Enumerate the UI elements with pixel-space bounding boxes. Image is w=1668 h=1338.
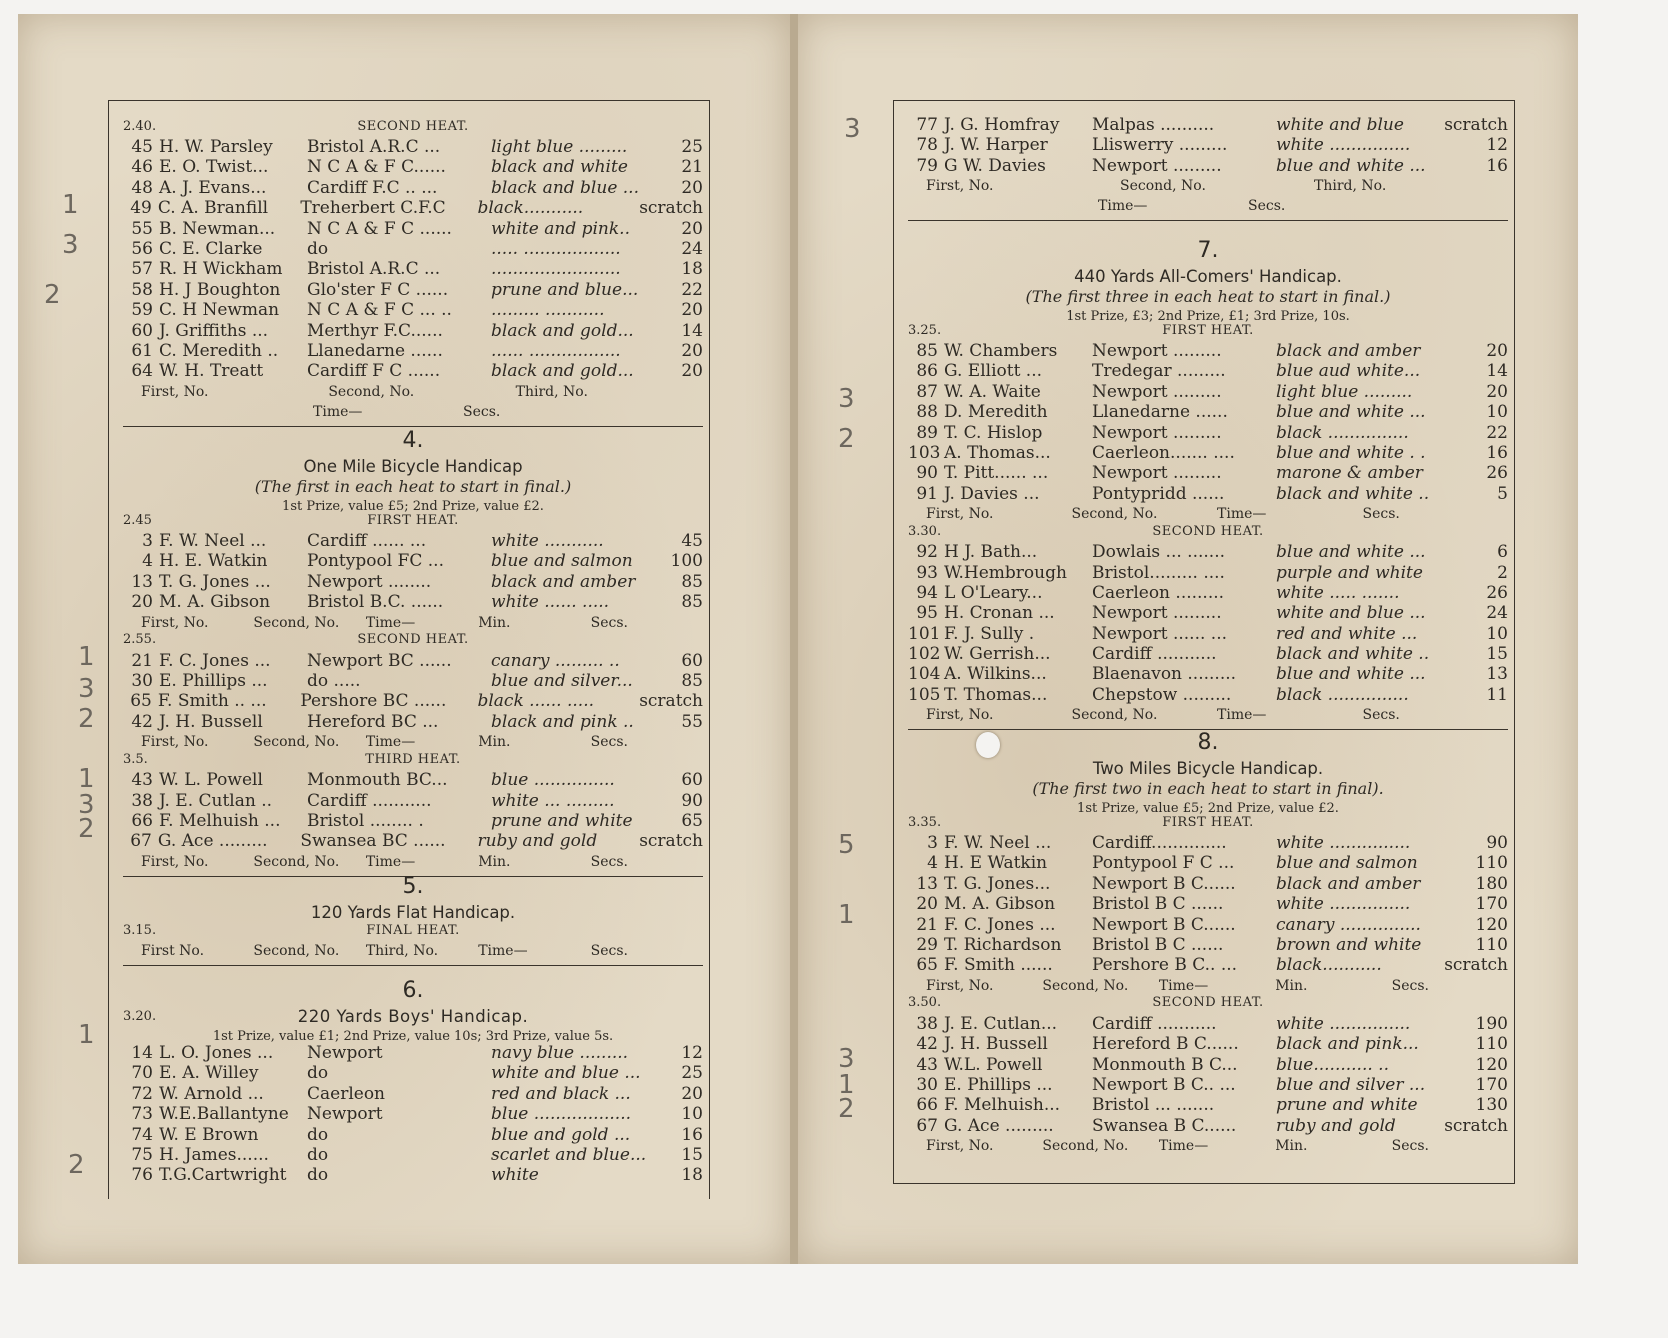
heat-header: 3.30. SECOND HEAT. [908,524,1508,542]
heat-header: 3.50. SECOND HEAT. [908,996,1508,1014]
entry-name: C. A. Branfill [158,198,300,218]
footer-label: Min. [478,852,590,872]
entry-handicap: 90 [1444,833,1508,853]
entry-number: 94 [908,583,944,603]
entry-number: 67 [123,831,158,851]
entry-row: 43 W.L. Powell Monmouth B C... blue.....… [908,1055,1508,1075]
entry-club: Hereford BC ... [307,712,491,732]
entry-name: T. Pitt...... ... [944,463,1092,483]
entry-name: G. Ace ......... [944,1116,1092,1136]
entry-number: 102 [908,644,944,664]
entry-handicap: scratch [639,198,703,218]
entry-club: Bristol......... .... [1092,563,1276,583]
entry-name: C. H Newman [159,300,307,320]
entry-handicap: 20 [659,361,703,381]
footer-label: Time— [1159,1136,1275,1156]
entry-number: 38 [908,1014,944,1034]
entry-club: Pontypool F C ... [1092,853,1276,873]
divider [908,220,1508,221]
heat-title: FIRST HEAT. [968,813,1508,833]
entry-handicap: 110 [1444,1034,1508,1054]
footer-label: Time— [1217,705,1363,725]
entry-row: 89 T. C. Hislop Newport ......... black … [908,423,1508,443]
entry-name: W.L. Powell [944,1055,1092,1075]
entry-club: Newport ......... [1092,156,1276,176]
entry-club: Cardiff ........... [1092,1014,1276,1034]
result-footer: First No.Second, No.Third, No.Time—Secs. [123,941,703,961]
entry-club: Llanedarne ...... [1092,402,1276,422]
heat: 3.5. THIRD HEAT. 43 W. L. Powell Monmout… [123,752,703,872]
entry-row: 93 W.Hembrough Bristol......... .... pur… [908,563,1508,583]
heat-title: SECOND HEAT. [183,117,703,137]
entry-colours: black and amber [1276,341,1444,361]
entry-handicap: 90 [659,791,703,811]
heat-time: 3.15. [123,921,183,941]
footer-label: Third, No. [366,941,478,961]
entry-number: 21 [123,651,159,671]
heat-title: FIRST HEAT. [183,511,703,531]
entry-colours: red and white ... [1276,624,1444,644]
entry-colours: blue aud white... [1276,361,1444,381]
entry-colours: light blue ......... [1276,382,1444,402]
heat-title: THIRD HEAT. [183,750,703,770]
entry-club: Llanedarne ...... [307,341,491,361]
heat-header: 3.15. FINAL HEAT. [123,923,703,941]
entry-name: T.G.Cartwright [159,1165,307,1185]
entry-club: Blaenavon ......... [1092,664,1276,684]
entry-number: 72 [123,1084,159,1104]
entry-handicap: 20 [659,1084,703,1104]
entry-handicap: scratch [1444,115,1508,135]
heats: 3.25. FIRST HEAT. 85 W. Chambers Newport… [908,323,1508,725]
entry-number: 77 [908,115,944,135]
entry-handicap: 20 [659,300,703,320]
entry-handicap: 20 [659,178,703,198]
event-prizes: 1st Prize, value £1; 2nd Prize, value 10… [123,1027,703,1043]
entry-row: 94 L O'Leary... Caerleon ......... white… [908,583,1508,603]
entry-row: 74 W. E Brown do blue and gold ... 16 [123,1125,703,1145]
race6-continued: 77 J. G. Homfray Malpas .......... white… [908,115,1508,225]
entry-club: Cardiff F.C .. ... [307,178,491,198]
entry-handicap: 11 [1444,685,1508,705]
heat: 3.50. SECOND HEAT. 38 J. E. Cutlan... Ca… [908,996,1508,1156]
entry-row: 59 C. H Newman N C A & F C ... .. ......… [123,300,703,320]
entry-row: 43 W. L. Powell Monmouth BC... blue ....… [123,770,703,790]
entry-row: 72 W. Arnold ... Caerleon red and black … [123,1084,703,1104]
entry-colours: black and amber [1276,874,1444,894]
race5: 5. 120 Yards Flat Handicap. 3.15. FINAL … [123,877,703,970]
entry-name: W.E.Ballantyne [159,1104,307,1124]
footer-third: Third, No. [516,382,703,402]
footer-time: Time— [1098,196,1248,216]
entry-name: C. Meredith .. [159,341,307,361]
event-note: (The first three in each heat to start i… [908,287,1508,307]
entry-row: 66 F. Melhuish... Bristol ... ....... pr… [908,1095,1508,1115]
entry-number: 43 [123,770,159,790]
event-title: 440 Yards All-Comers' Handicap. [908,267,1508,287]
entry-handicap: 16 [1444,156,1508,176]
entry-name: H. Cronan ... [944,603,1092,623]
entry-number: 104 [908,664,944,684]
heat-time: 2.55. [123,630,183,650]
entry-row: 13 T. G. Jones ... Newport ........ blac… [123,572,703,592]
entry-colours: black and pink .. [491,712,659,732]
entry-colours: black and gold... [491,321,659,341]
entry-list: 45 H. W. Parsley Bristol A.R.C ... light… [123,137,703,382]
entry-handicap: 21 [659,157,703,177]
entry-number: 42 [908,1034,944,1054]
entry-list: 14 L. O. Jones ... Newport navy blue ...… [123,1043,703,1186]
heat: 2.55. SECOND HEAT. 21 F. C. Jones ... Ne… [123,633,703,753]
entry-club: Cardiff ........... [1092,644,1276,664]
entry-name: F. J. Sully . [944,624,1092,644]
pencil-mark: 2 [838,424,855,454]
entry-name: A. Wilkins... [944,664,1092,684]
entry-club: Newport ......... [1092,463,1276,483]
entry-row: 105 T. Thomas... Chepstow ......... blac… [908,685,1508,705]
entry-number: 14 [123,1043,159,1063]
pencil-mark: 2 [78,704,95,734]
result-footer: First, No.Second, No.Time—Min.Secs. [908,1136,1508,1156]
entry-name: J. H. Bussell [159,712,307,732]
race8: 8. Two Miles Bicycle Handicap. (The firs… [908,733,1508,1156]
entry-colours: black and blue ... [491,178,659,198]
entry-number: 4 [908,853,944,873]
entry-row: 76 T.G.Cartwright do white 18 [123,1165,703,1185]
entry-club: N C A & F C ...... [307,219,491,239]
footer-label: Secs. [1363,705,1509,725]
entry-club: Pershore BC ...... [300,691,477,711]
entry-handicap: 5 [1444,484,1508,504]
entry-row: 77 J. G. Homfray Malpas .......... white… [908,115,1508,135]
entry-number: 66 [908,1095,944,1115]
heat-title: SECOND HEAT. [968,993,1508,1013]
entry-handicap: 120 [1444,1055,1508,1075]
entry-colours: white ............... [1276,1014,1444,1034]
entry-colours: prune and blue... [491,280,659,300]
entry-colours: canary ......... .. [491,651,659,671]
entry-name: M. A. Gibson [944,894,1092,914]
entry-club: Caerleon [307,1084,491,1104]
entry-colours: black ...... ..... [477,691,639,711]
entry-colours: ........................ [491,259,659,279]
entry-colours: ruby and gold [1276,1116,1444,1136]
entry-handicap: 60 [659,651,703,671]
entry-colours: black and white .. [1276,644,1444,664]
entry-number: 3 [123,531,159,551]
entry-name: J. G. Homfray [944,115,1092,135]
entry-club: Newport B C...... [1092,874,1276,894]
right-page: 77 J. G. Homfray Malpas .......... white… [798,14,1578,1264]
entry-row: 13 T. G. Jones... Newport B C...... blac… [908,874,1508,894]
entry-colours: white and blue ... [1276,603,1444,623]
entry-colours: white ...... ..... [491,592,659,612]
entry-row: 73 W.E.Ballantyne Newport blue .........… [123,1104,703,1124]
programme-spread: 2.40. SECOND HEAT. 45 H. W. Parsley Bris… [18,14,1578,1264]
entry-club: Bristol ... ....... [1092,1095,1276,1115]
race6: 6. 3.20. 220 Yards Boys' Handicap. 1st P… [123,981,703,1186]
entry-handicap: 22 [1444,423,1508,443]
footer-label: Secs. [1392,1136,1508,1156]
entry-number: 38 [123,791,159,811]
left-page: 2.40. SECOND HEAT. 45 H. W. Parsley Bris… [18,14,790,1264]
entry-colours: prune and white [491,811,659,831]
entry-colours: white ............... [1276,894,1444,914]
entry-colours: black and pink... [1276,1034,1444,1054]
entry-colours: black........... [1276,955,1444,975]
entry-colours: black........... [477,198,639,218]
entry-number: 90 [908,463,944,483]
result-footer: First, No.Second, No.Time—Min.Secs. [123,852,703,872]
entry-name: F. Melhuish ... [159,811,307,831]
entry-colours: white ............... [1276,833,1444,853]
entry-handicap: 10 [1444,402,1508,422]
heat: 3.25. FIRST HEAT. 85 W. Chambers Newport… [908,323,1508,524]
entry-number: 45 [123,137,159,157]
event-title: 220 Yards Boys' Handicap. [183,1007,703,1027]
entry-colours: blue .................. [491,1104,659,1124]
entry-row: 88 D. Meredith Llanedarne ...... blue an… [908,402,1508,422]
race4: 4. One Mile Bicycle Handicap (The first … [123,431,703,881]
entry-colours: blue and white ... [1276,402,1444,422]
entry-number: 88 [908,402,944,422]
entry-name: T. C. Hislop [944,423,1092,443]
entry-colours: blue and gold ... [491,1125,659,1145]
entry-list: 77 J. G. Homfray Malpas .......... white… [908,115,1508,176]
entry-name: H. W. Parsley [159,137,307,157]
entry-number: 65 [908,955,944,975]
entry-row: 87 W. A. Waite Newport ......... light b… [908,382,1508,402]
entry-number: 3 [908,833,944,853]
entry-colours: black ............... [1276,685,1444,705]
entry-club: Newport ......... [1092,341,1276,361]
entry-colours: ..... .................. [491,239,659,259]
entry-colours: white [491,1165,659,1185]
entry-handicap: 15 [1444,644,1508,664]
entry-name: E. O. Twist... [159,157,307,177]
entry-club: Treherbert C.F.C [300,198,477,218]
entry-club: Cardiff ...... ... [307,531,491,551]
event-time: 3.20. [123,1007,183,1027]
entry-handicap: 60 [659,770,703,790]
entry-name: F. Smith .. ... [158,691,300,711]
entry-row: 46 E. O. Twist... N C A & F C...... blac… [123,157,703,177]
entry-number: 93 [908,563,944,583]
entry-number: 103 [908,443,944,463]
entry-club: Malpas .......... [1092,115,1276,135]
pencil-mark: 1 [838,900,855,930]
entry-name: T. G. Jones ... [159,572,307,592]
right-page-frame: 77 J. G. Homfray Malpas .......... white… [893,100,1515,1184]
entry-handicap: scratch [1444,955,1508,975]
entry-name: E. Phillips ... [159,671,307,691]
entry-name: E. A. Willey [159,1063,307,1083]
entry-number: 57 [123,259,159,279]
entry-club: N C A & F C...... [307,157,491,177]
heat-header: 2.45 FIRST HEAT. [123,513,703,531]
entry-number: 43 [908,1055,944,1075]
entry-row: 57 R. H Wickham Bristol A.R.C ... ......… [123,259,703,279]
entry-club: Cardiff ........... [307,791,491,811]
entry-name: T. Richardson [944,935,1092,955]
entry-handicap: 20 [1444,341,1508,361]
heat-header: 3.5. THIRD HEAT. [123,752,703,770]
entry-row: 86 G. Elliott ... Tredegar ......... blu… [908,361,1508,381]
entry-row: 4 H. E. Watkin Pontypool FC ... blue and… [123,551,703,571]
entry-name: W. Arnold ... [159,1084,307,1104]
footer-label: First No. [141,941,253,961]
entry-row: 61 C. Meredith .. Llanedarne ...... ....… [123,341,703,361]
heat-title: SECOND HEAT. [968,522,1508,542]
result-footer-time: Time— Secs. [123,402,703,422]
entry-row: 56 C. E. Clarke do ..... ...............… [123,239,703,259]
entry-club: Newport ......... [1092,423,1276,443]
entry-club: Swansea B C...... [1092,1116,1276,1136]
pencil-mark: 1 [78,642,95,672]
entry-handicap: 16 [1444,443,1508,463]
entry-name: F. C. Jones ... [944,915,1092,935]
entry-row: 65 F. Smith ...... Pershore B C.. ... bl… [908,955,1508,975]
footer-second: Second, No. [1120,176,1314,196]
entry-club: N C A & F C ... .. [307,300,491,320]
entry-handicap: 120 [1444,915,1508,935]
entry-colours: brown and white [1276,935,1444,955]
entry-handicap: 14 [659,321,703,341]
heat-header: 3.25. FIRST HEAT. [908,323,1508,341]
race7: 7. 440 Yards All-Comers' Handicap. (The … [908,241,1508,734]
heat-time: 2.40. [123,117,183,137]
entry-club: Pershore B C.. ... [1092,955,1276,975]
heat: 2.45 FIRST HEAT. 3 F. W. Neel ... Cardif… [123,513,703,633]
entry-number: 92 [908,542,944,562]
entry-colours: blue and salmon [491,551,659,571]
entry-club: Merthyr F.C...... [307,321,491,341]
entry-row: 49 C. A. Branfill Treherbert C.F.C black… [123,198,703,218]
entry-club: Monmouth B C... [1092,1055,1276,1075]
entry-colours: white and pink.. [491,219,659,239]
entry-name: J. Davies ... [944,484,1092,504]
entry-row: 65 F. Smith .. ... Pershore BC ...... bl… [123,691,703,711]
entry-handicap: 6 [1444,542,1508,562]
entry-colours: blue and salmon [1276,853,1444,873]
entry-colours: scarlet and blue... [491,1145,659,1165]
entry-name: J. W. Harper [944,135,1092,155]
entry-club: Newport ........ [307,572,491,592]
entry-handicap: 12 [1444,135,1508,155]
entry-number: 48 [123,178,159,198]
entry-number: 67 [908,1116,944,1136]
entry-name: H. J Boughton [159,280,307,300]
entry-row: 70 E. A. Willey do white and blue ... 25 [123,1063,703,1083]
entry-name: W. E Brown [159,1125,307,1145]
heat-time: 3.25. [908,321,968,341]
entry-club: Caerleon ......... [1092,583,1276,603]
entry-handicap: 65 [659,811,703,831]
event-number: 5. [123,877,703,903]
event-number: 6. [123,981,703,1007]
entry-row: 42 J. H. Bussell Hereford BC ... black a… [123,712,703,732]
entry-number: 76 [123,1165,159,1185]
footer-label: Second, No. [253,941,365,961]
entry-name: L O'Leary... [944,583,1092,603]
entry-name: M. A. Gibson [159,592,307,612]
entry-handicap: 2 [1444,563,1508,583]
entry-handicap: 12 [659,1043,703,1063]
heat-header: 3.35. FIRST HEAT. [908,815,1508,833]
entry-row: 38 J. E. Cutlan... Cardiff ........... w… [908,1014,1508,1034]
entry-club: Hereford B C...... [1092,1034,1276,1054]
entry-colours: blue and silver ... [1276,1075,1444,1095]
footer-label: Second, No. [1072,705,1218,725]
entry-row: 48 A. J. Evans... Cardiff F.C .. ... bla… [123,178,703,198]
event-number: 4. [123,431,703,457]
entry-colours: ......... ........... [491,300,659,320]
entry-club: Bristol ........ . [307,811,491,831]
entry-row: 30 E. Phillips ... do ..... blue and sil… [123,671,703,691]
entry-number: 105 [908,685,944,705]
entry-colours: red and black ... [491,1084,659,1104]
entry-row: 60 J. Griffiths ... Merthyr F.C...... bl… [123,321,703,341]
entry-handicap: 10 [1444,624,1508,644]
heat: 3.30. SECOND HEAT. 92 H J. Bath... Dowla… [908,524,1508,725]
entry-colours: ...... ................. [491,341,659,361]
entry-number: 29 [908,935,944,955]
entry-row: 30 E. Phillips ... Newport B C.. ... blu… [908,1075,1508,1095]
entry-name: H. E. Watkin [159,551,307,571]
entry-row: 20 M. A. Gibson Bristol B.C. ...... whit… [123,592,703,612]
footer-label: Secs. [591,852,703,872]
entry-row: 14 L. O. Jones ... Newport navy blue ...… [123,1043,703,1063]
event-note: (The first in each heat to start in fina… [123,477,703,497]
entry-club: Newport ......... [1092,382,1276,402]
entry-number: 13 [123,572,159,592]
entry-handicap: 100 [659,551,703,571]
entry-handicap: 18 [659,1165,703,1185]
entry-name: G. Elliott ... [944,361,1092,381]
entry-name: T. Thomas... [944,685,1092,705]
footer-label: Second, No. [1042,1136,1158,1156]
entry-row: 64 W. H. Treatt Cardiff F C ...... black… [123,361,703,381]
heat-time: 2.45 [123,511,183,531]
entry-handicap: 16 [659,1125,703,1145]
race3-second-heat: 2.40. SECOND HEAT. 45 H. W. Parsley Bris… [123,119,703,431]
entry-row: 78 J. W. Harper Lliswerry ......... whit… [908,135,1508,155]
entry-colours: white ... ......... [491,791,659,811]
entry-handicap: 25 [659,1063,703,1083]
entry-row: 4 H. E Watkin Pontypool F C ... blue and… [908,853,1508,873]
entry-row: 90 T. Pitt...... ... Newport ......... m… [908,463,1508,483]
entry-handicap: scratch [1444,1116,1508,1136]
divider [123,426,703,427]
entry-row: 91 J. Davies ... Pontypridd ...... black… [908,484,1508,504]
footer-first: First, No. [926,176,1120,196]
event-note: (The first two in each heat to start in … [908,779,1508,799]
footer-time: Time— [313,402,463,422]
entry-club: Cardiff F C ...... [307,361,491,381]
entry-number: 64 [123,361,159,381]
heat-title: FIRST HEAT. [968,321,1508,341]
entry-number: 21 [908,915,944,935]
entry-handicap: 13 [1444,664,1508,684]
entry-name: A. Thomas... [944,443,1092,463]
entry-club: Newport [307,1104,491,1124]
heat-header: 2.55. SECOND HEAT. [123,633,703,651]
entry-club: Bristol B C ...... [1092,935,1276,955]
entry-row: 58 H. J Boughton Glo'ster F C ...... pru… [123,280,703,300]
entry-number: 74 [123,1125,159,1145]
entry-number: 101 [908,624,944,644]
entry-number: 42 [123,712,159,732]
